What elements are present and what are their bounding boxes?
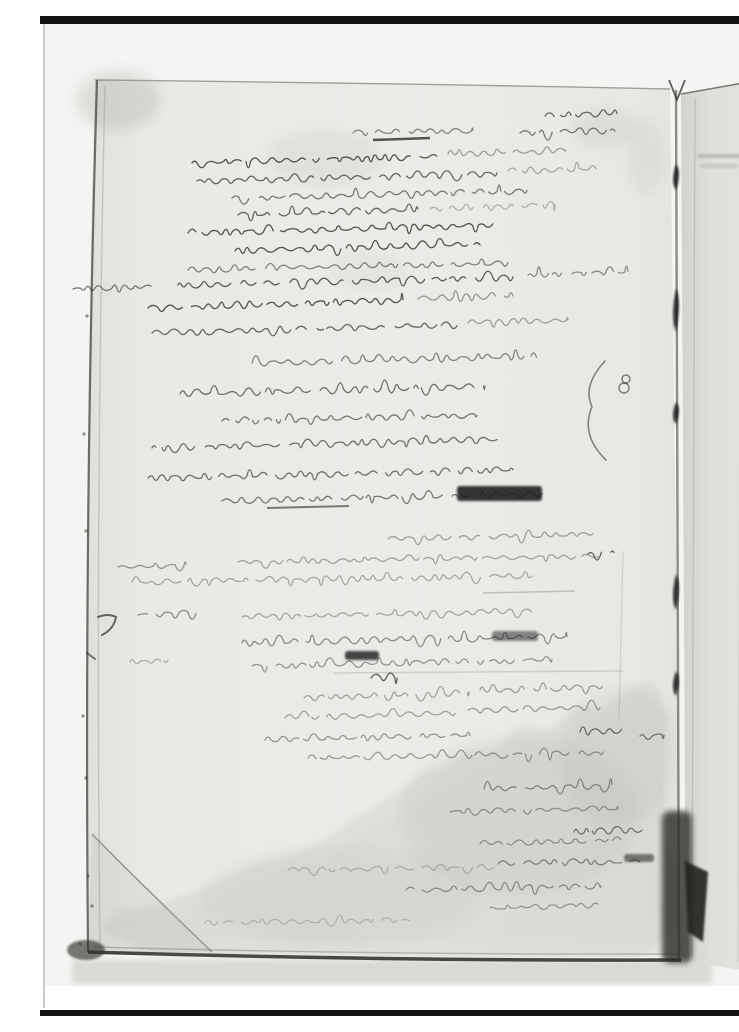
scan-border-bottom: [40, 1010, 739, 1016]
archival-photograph: [40, 16, 739, 1016]
